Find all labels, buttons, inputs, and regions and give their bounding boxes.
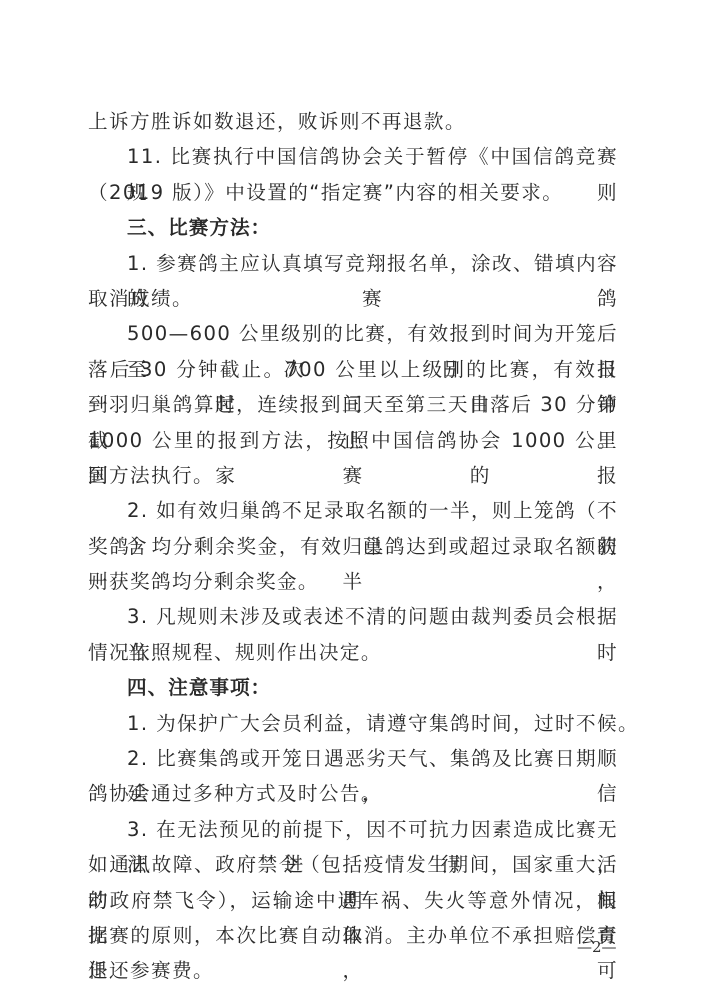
- text-line-note-1: 1. 为保护广大会员利益，请遵守集鸽时间，过时不候。: [88, 706, 618, 741]
- page-number: —2—: [577, 938, 617, 956]
- text-line-note-3: 3. 在无法预见的前提下，因不可抗力因素造成比赛无法进行，: [88, 812, 618, 847]
- text-line-note-2: 2. 比赛集鸽或开笼日遇恶劣天气、集鸽及比赛日期顺延，信: [88, 741, 618, 776]
- text-line-note-3-cont-2: 的政府禁飞令），运输途中遇车祸、失火等意外情况，根据体育: [88, 883, 618, 918]
- text-line-note-3-cont-3: 比赛的原则，本次比赛自动取消。主办单位不承担赔偿责任，可: [88, 918, 618, 953]
- text-line-method-2: 2. 如有效归巢鸽不足录取名额的一半，则上笼鸽（不含已获: [88, 493, 618, 528]
- text-line-rule-11: 11. 比赛执行中国信鸽协会关于暂停《中国信鸽竞赛规则: [88, 139, 618, 174]
- text-line-method-3: 3. 凡规则未涉及或表述不清的问题由裁判委员会根据当时: [88, 599, 618, 634]
- section-heading-notes: 四、注意事项：: [88, 670, 618, 705]
- text-line-distance-1000: 1000 公里的报到方法，按照中国信鸽协会 1000 公里国家赛的报: [88, 423, 618, 458]
- text-line-method-1: 1. 参赛鸽主应认真填写竞翔报名单，涂改、错填内容的赛鸽: [88, 246, 618, 281]
- text-line-appeal-refund: 上诉方胜诉如数退还，败诉则不再退款。: [88, 104, 618, 139]
- text-line-distance-500-600: 500—600 公里级别的比赛，有效报到时间为开笼后至次日日: [88, 316, 618, 351]
- document-page: 上诉方胜诉如数退还，败诉则不再退款。 11. 比赛执行中国信鸽协会关于暂停《中国…: [88, 104, 618, 989]
- text-line-distance-700: 落后 30 分钟截止。700 公里以上级别的比赛，有效报到时间由第: [88, 352, 618, 387]
- text-line-method-2-cont: 奖鸽）均分剩余奖金，有效归巢鸽达到或超过录取名额的一半，: [88, 529, 618, 564]
- text-line-distance-700-cont: 一羽归巢鸽算起，连续报到三天至第三天日落后 30 分钟截止。: [88, 387, 618, 422]
- section-heading-competition-method: 三、比赛方法：: [88, 210, 618, 245]
- text-line-note-3-cont-1: 如通讯故障、政府禁令（包括疫情发生期间，国家重大活动期间: [88, 847, 618, 882]
- text-line-rule-11-cont: （2019 版）》中设置的“指定赛”内容的相关要求。: [88, 175, 618, 210]
